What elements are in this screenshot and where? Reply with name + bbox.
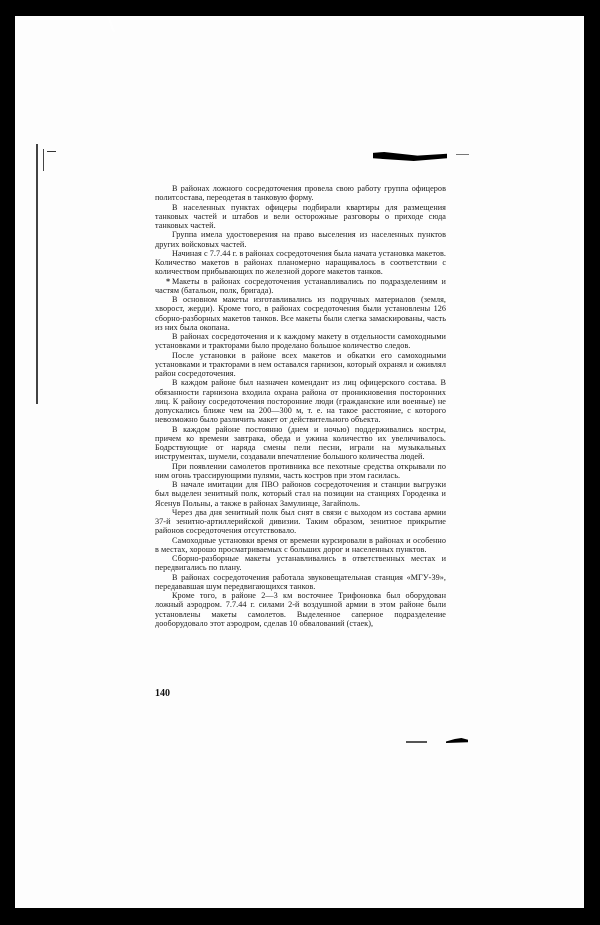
paragraph: В районах ложного сосредоточения провела… — [155, 184, 446, 203]
paragraph: В районах сосредоточения работала звуков… — [155, 573, 446, 592]
ink-smudge — [446, 738, 468, 743]
ink-smudge — [373, 152, 447, 161]
paragraph: Через два дня зенитный полк был снят в с… — [155, 508, 446, 536]
scan-artifact — [107, 16, 115, 32]
paragraph: В каждом районе был назначен комендант и… — [155, 378, 446, 424]
page-number: 140 — [155, 688, 170, 699]
paragraph-bulleted: *Макеты в районах сосредоточения устанав… — [155, 277, 446, 296]
bullet-mark: * — [149, 277, 170, 286]
scan-mark — [43, 149, 44, 171]
paragraph: При появлении самолетов противника все п… — [155, 462, 446, 481]
paragraph: В каждом районе постоянно (днем и ночью)… — [155, 425, 446, 462]
paragraph: Группа имела удостоверения на право высе… — [155, 230, 446, 249]
scanned-page: В районах ложного сосредоточения провела… — [15, 16, 584, 908]
scan-mark — [406, 741, 427, 743]
paragraph: Сборно-разборные макеты устанавливались … — [155, 554, 446, 573]
paragraph: Самоходные установки время от времени ку… — [155, 536, 446, 555]
scan-mark — [456, 154, 469, 155]
paragraph: В начале имитации для ПВО районов сосред… — [155, 480, 446, 508]
paragraph: Кроме того, в районе 2—3 км восточнее Тр… — [155, 591, 446, 628]
paragraph: В основном макеты изготавливались из под… — [155, 295, 446, 332]
paragraph: Начиная с 7.7.44 г. в районах сосредоточ… — [155, 249, 446, 277]
body-text: В районах ложного сосредоточения провела… — [155, 184, 446, 628]
paragraph: После установки в районе всех макетов и … — [155, 351, 446, 379]
paragraph-text: Макеты в районах сосредоточения устанавл… — [155, 277, 446, 295]
scan-edge-line — [36, 144, 38, 404]
scan-mark — [47, 151, 56, 152]
paragraph: В районах сосредоточения и к каждому мак… — [155, 332, 446, 351]
paragraph: В населенных пунктах офицеры подбирали к… — [155, 203, 446, 231]
